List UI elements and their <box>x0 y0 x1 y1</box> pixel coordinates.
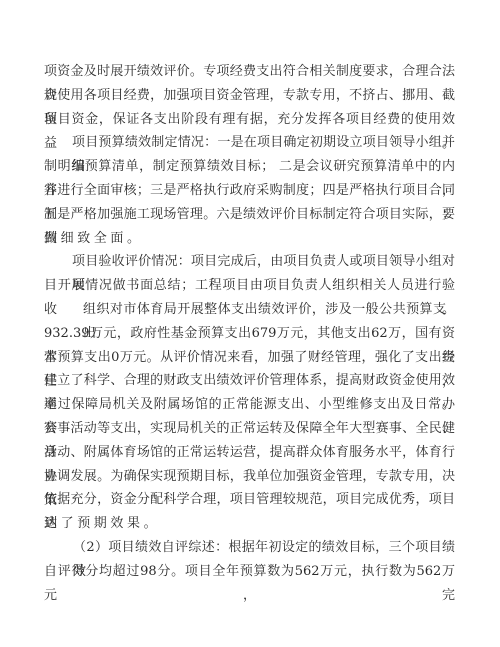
text-line: 制明细预算清单，制定预算绩效目标； 二是会议研究预算清单中的内容， <box>44 155 455 179</box>
text-line: 组织对市体育局开展整体支出绩效评价，涉及一般公共预算支出 <box>44 298 446 322</box>
text-line: 五是严格加强施工现场管理。六是绩效评价目标制定符合项目实际，要做 <box>44 203 455 227</box>
text-line: 932.39万元，政府性基金预算支出679万元，其他支出62万，国有资本经 <box>44 322 455 346</box>
text-line: 目开展情况做书面总结；工程项目由项目负责人组织相关人员进行验收。 <box>44 274 455 298</box>
text-line: 协调发展。为确保实现预期目标，我单位加强资金管理，专款专用，决策 <box>44 465 455 489</box>
text-line: 项目预算绩效制定情况：一是在项目确定初期设立项目领导小组并编 <box>44 131 455 155</box>
text-line: 自评得分均超过98分。项目全年预算数为562万元，执行数为562万元，完 <box>44 560 455 584</box>
document-page: 项资金及时展开绩效评价。专项经费支出符合相关制度要求，合理合法合 规使用各项目经… <box>0 0 500 647</box>
text-line: 活动、附属体育场馆的正常运转运营，提高群众体育服务水平，体育行业 <box>44 441 455 465</box>
text-line: 项目资金，保证各支出阶段有理有据，充分发挥各项目经费的使用效益。 <box>44 108 455 132</box>
text-line: （2）项目绩效自评综述：根据年初设定的绩效目标，三个项目绩效 <box>44 536 455 560</box>
text-line: 通过保障局机关及附属场馆的正常能源支出、小型维修支出及日常办公、 <box>44 393 455 417</box>
text-line: 规使用各项目经费，加强项目资金管理，专款专用，不挤占、挪用、截留 <box>44 84 455 108</box>
text-line: 到细致全面。 <box>44 227 455 251</box>
text-line: 依据充分，资金分配科学合理，项目管理较规范，项目完成优秀，项目达 <box>44 488 455 512</box>
text-line: 项资金及时展开绩效评价。专项经费支出符合相关制度要求，合理合法合 <box>44 60 455 84</box>
text-line: 并进行全面审核；三是严格执行政府采购制度；四是严格执行项目合同制； <box>44 179 455 203</box>
text-line: 到了预期效果。 <box>44 512 455 536</box>
text-line: 项目验收评价情况：项目完成后，由项目负责人或项目领导小组对项 <box>44 250 455 274</box>
text-line: 营预算支出0万元。从评价情况来看，加强了财经管理，强化了支出责任， <box>44 346 455 370</box>
text-line: 赛事活动等支出，实现局机关的正常运转及保障全年大型赛事、全民健身 <box>44 417 455 441</box>
text-line: 建立了科学、合理的财政支出绩效评价管理体系，提高财政资金使用效率。 <box>44 369 455 393</box>
